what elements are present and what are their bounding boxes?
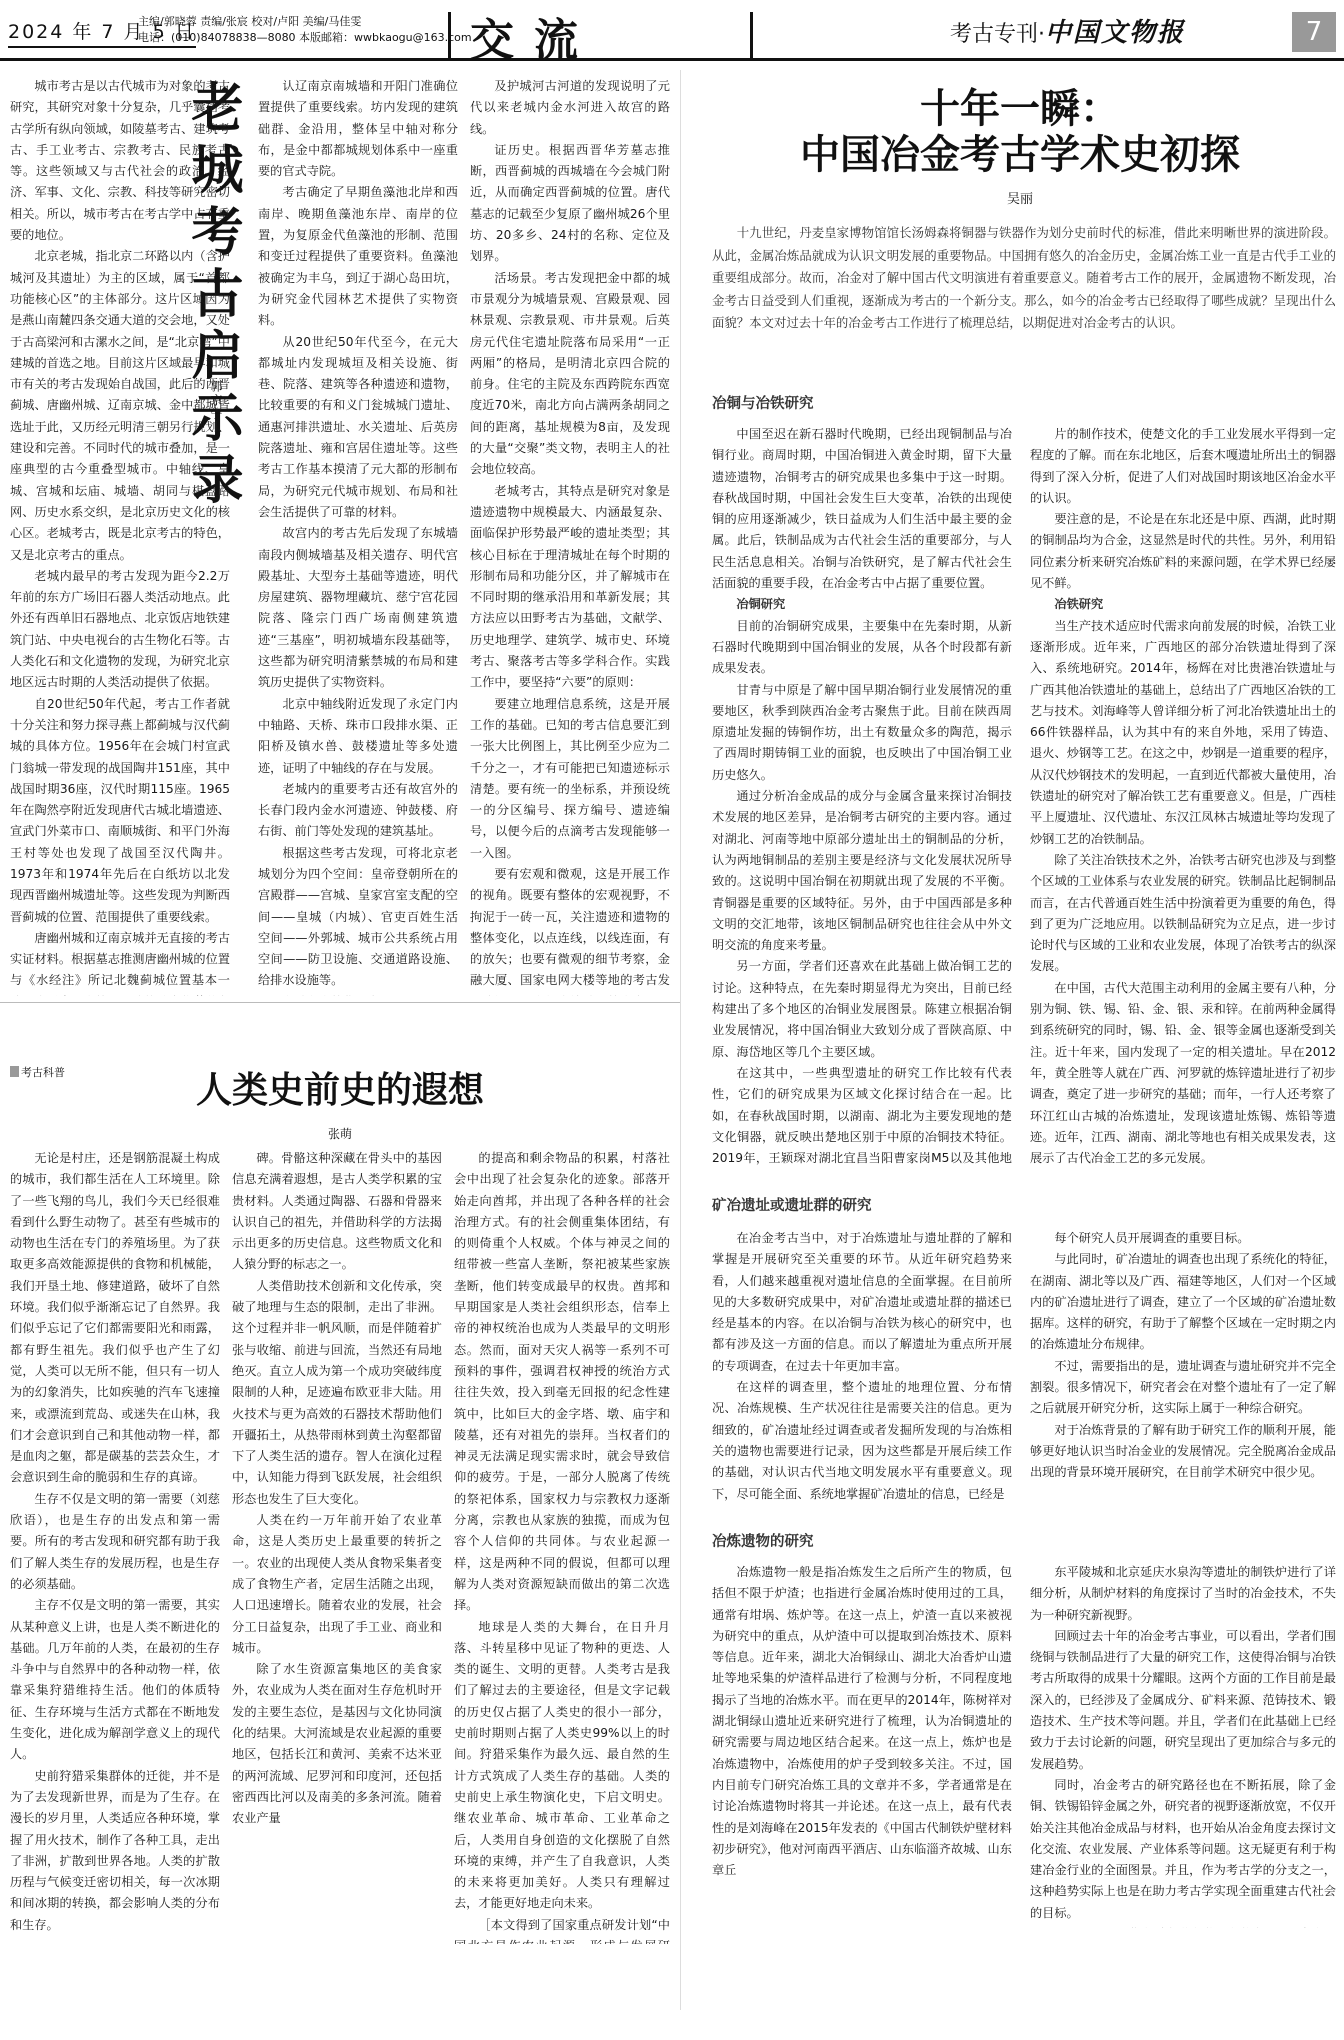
article-column-2: 片的制作技术，使楚文化的手工业发展水平得到一定程度的了解。而在东北地区，后套木嘎… [1030,424,1336,1170]
masthead-rule [0,58,1344,61]
article-column-2: 东平陵城和北京延庆水泉沟等遗址的制铁炉进行了详细分析，从制炉材料的角度探讨了当时… [1030,1562,1336,1928]
article-author: 吴丽 [700,188,1340,207]
paragraph: 唐幽州城和辽南京城并无直接的考古实证材料。根据墓志推测唐幽州城的位置与《水经注》… [10,928,230,996]
article-column-1: 无论是村庄，还是钢筋混凝土构成的城市，我们都生活在人工环境里。除了一些飞翔的鸟儿… [10,1148,220,1944]
article-column-3: 及护城河古河道的发现说明了元代以来老城内金水河进入故宫的路线。 证历史。根据西晋… [470,76,670,996]
paragraph: 要注意的是，不论是在东北还是中原、西湖，此时期的铜制品均为合金，这显然是时代的共… [1030,509,1336,594]
paragraph: 片的制作技术，使楚文化的手工业发展水平得到一定程度的了解。而在东北地区，后套木嘎… [1030,424,1336,509]
credits-editors: 主编/郭晓蓉 责编/张宸 校对/卢阳 美编/马佳雯 [138,14,472,30]
paragraph: 除了关注冶铁技术之外，冶铁考古研究也涉及与到整个区域的工业体系与农业发展的研究。… [1030,850,1336,978]
article-column-1: 城市考古是以古代城市为对象的考古研究，其研究对象十分复杂，几乎囊括考古学所有纵向… [10,76,230,996]
paragraph: 城市考古是以古代城市为对象的考古研究，其研究对象十分复杂，几乎囊括考古学所有纵向… [10,76,230,246]
article-author: 张萌 [0,1125,680,1142]
article-column-2: 认辽南京南城墙和开阳门准确位置提供了重要线索。坊内发现的建筑础群、金沿用，整体呈… [258,76,458,996]
article-column-2: 每个研究人员开展调查的重要目标。 与此同时，矿冶遗址的调查也出现了系统化的特征，… [1030,1228,1336,1510]
paragraph: 东平陵城和北京延庆水泉沟等遗址的制铁炉进行了详细分析，从制炉材料的角度探讨了当时… [1030,1562,1336,1626]
section-heading: 冶铜与冶铁研究 [712,392,814,413]
lead-paragraph: 十九世纪，丹麦皇家博物馆馆长汤姆森将铜器与铁器作为划分史前时代的标准，借此来明晰… [712,222,1336,335]
paragraph: 中国至迟在新石器时代晚期，已经出现铜制品与冶铜行业。商周时期，中国冶铜进入黄金时… [712,424,1012,594]
paragraph: 自20世纪50年代起，考古工作者就十分关注和努力探寻燕上都蓟城与汉代蓟城的具体方… [10,694,230,928]
paragraph: 的提高和剩余物品的积累，村落社会中出现了社会复杂化的迹象。部落开始走向酋邦，并出… [454,1148,670,1617]
author-affiliation: （作者系安徽大学历史学院硕士研究生） [1030,1924,1336,1928]
paragraph: 认辽南京南城墙和开阳门准确位置提供了重要线索。坊内发现的建筑础群、金沿用，整体呈… [258,76,458,182]
paragraph: 根据这些考古发现，可将北京老城划分为四个空间：皇帝登朝所在的宫殿群——宫城、皇家… [258,843,458,992]
column-label: 考古专刊· [950,22,1045,47]
paragraph: 主存不仅是文明的第一需要，其实从某种意义上讲，也是人类不断进化的基础。几万年前的… [10,1595,220,1765]
paragraph: 除了水生资源富集地区的美食家外，农业成为人类在面对生存危机时开发的主要生态位，是… [232,1659,442,1829]
masthead: 2024 年 7 月 5 日 主编/郭晓蓉 责编/张宸 校对/卢阳 美编/马佳雯… [0,0,1344,58]
paragraph: 考古确定了早期鱼藻池北岸和西南岸、晚期鱼藻池东岸、南岸的位置，为复原金代鱼藻池的… [258,182,458,331]
article-title: 十年一瞬： 中国冶金考古学术史初探 [700,86,1340,178]
paragraph: 通过分析冶金成品的成分与金属含量来探讨冶铜技术发展的地区差异，是冶铜考古研究的主… [712,786,1012,956]
column-divider [680,70,681,2010]
paragraph: 老城考古的作用有五： [258,992,458,996]
paragraph: 同时，冶金考古的研究路径也在不断拓展，除了金铜、铁锡铅锌金属之外，研究者的视野逐… [1030,1775,1336,1924]
paragraph: 无论是村庄，还是钢筋混凝土构成的城市，我们都生活在人工环境里。除了一些飞翔的鸟儿… [10,1148,220,1489]
paragraph: 在这其中，一些典型遗址的研究工作比较有代表性，它们的研究成果为区域文化探讨结合在… [712,1063,1012,1170]
article-column-3: 的提高和剩余物品的积累，村落社会中出现了社会复杂化的迹象。部落开始走向酋邦，并出… [454,1148,670,1944]
paragraph: 史前狩猎采集群体的迁徙，并不是为了去发现新世界，而是为了生存。在漫长的岁月里，人… [10,1766,220,1936]
paragraph: 在中国，古代大范围主动利用的金属主要有八种，分别为铜、铁、锡、铅、金、银、汞和锌… [1030,978,1336,1170]
paragraph: 老城内最早的考古发现为距今2.2万年前的东方广场旧石器人类活动地点。此外还有西单… [10,566,230,694]
paper-logo: 中国文物报 [1045,18,1185,48]
paragraph: 另一方面，学者们还喜欢在此基础上做冶铜工艺的讨论。这种特点，在先秦时期显得尤为突… [712,956,1012,1062]
paragraph: 要建立地理信息系统，这是开展工作的基础。已知的考古信息要汇到一张大比例图上，其比… [470,694,670,864]
article-title: 人类史前史的遐想 [0,1062,680,1113]
article-column-1: 在冶金考古当中，对于冶炼遗址与遗址群的了解和掌握是开展研究至关重要的环节。从近年… [712,1228,1012,1510]
paragraph: 故宫内的考古先后发现了东城墙南段内侧城墙基及相关遗存、明代宫殿基址、大型夯土基础… [258,523,458,693]
paragraph: 与此同时，矿冶遗址的调查也出现了系统化的特征，在湖南、湖北等以及广西、福建等地区… [1030,1249,1336,1355]
subheading: 冶铜研究 [712,594,1012,615]
article-column-1: 冶炼遗物一般是指冶炼发生之后所产生的物质，包括但不限于炉渣；也指进行金属冶炼时使… [712,1562,1012,1928]
editorial-credits: 主编/郭晓蓉 责编/张宸 校对/卢阳 美编/马佳雯 电话：(010)840788… [138,14,472,46]
paragraph: 老城内的重要考古还有故宫外的长春门段内金水河遗迹、钟鼓楼、府右街、前门等处发现的… [258,779,458,843]
paragraph: 老城考古，其特点是研究对象是遗迹遗物中规模最大、内涵最复杂、面临保护形势最严峻的… [470,481,670,694]
paragraph: 北京老城，指北京二环路以内（含护城河及其遗址）为主的区域，属于“首都功能核心区”… [10,246,230,565]
paragraph: 冶炼遗物一般是指冶炼发生之后所产生的物质，包括但不限于炉渣；也指进行金属冶炼时使… [712,1562,1012,1881]
article-lead: 十九世纪，丹麦皇家博物馆馆长汤姆森将铜器与铁器作为划分史前时代的标准，借此来明晰… [712,222,1336,335]
paragraph: 及护城河古河道的发现说明了元代以来老城内金水河进入故宫的路线。 [470,76,670,140]
paragraph: 地球是人类的大舞台，在日升月落、斗转星移中见证了物种的更迭、人类的诞生、文明的更… [454,1617,670,1915]
paragraph: 不过，需要指出的是，遗址调查与遗址研究并不完全割裂。很多情况下，研究者会在对整个… [1030,1356,1336,1420]
paragraph: 当生产技术适应时代需求向前发展的时候，冶铁工业逐渐形成。近年来，广西地区的部分冶… [1030,616,1336,850]
paragraph: 碑。骨骼这种深藏在骨头中的基因信息充满着遐想，是古人类学积累的宝贵材料。人类通过… [232,1148,442,1276]
credits-contact: 电话：(010)84078838—8080 本版邮箱：wwbkaogu@163.… [138,30,472,46]
masthead-divider-right [750,12,753,58]
funding-note: ［本文得到了国家重点研发计划“中国北方旱作农业起源、形成与发展研究”（一期）（项… [454,1915,670,1944]
title-line-1: 十年一瞬： [700,86,1340,132]
paper-brand: 考古专刊·中国文物报 [950,12,1185,49]
paragraph: 从20世纪50年代至今，在元大都城址内发现城垣及相关设施、街巷、院落、建筑等各种… [258,332,458,524]
title-line-2: 中国冶金考古学术史初探 [700,132,1340,178]
section-heading: 矿冶遗址或遗址群的研究 [712,1194,872,1215]
paragraph: 生存不仅是文明的第一需要（刘慈欣语），也是生存的出发点和第一需要。所有的考古发现… [10,1489,220,1595]
paragraph: 甘青与中原是了解中国早期冶铜行业发展情况的重要地区，秋季到陕西冶金考古聚焦于此。… [712,680,1012,786]
paragraph: 人类借助技术创新和文化传承，突破了地理与生态的限制，走出了非洲。这个过程并非一帆… [232,1276,442,1510]
paragraph: 对于冶炼背景的了解有助于研究工作的顺利开展，能够更好地认识当时冶金业的发展情况。… [1030,1420,1336,1484]
paragraph: 回顾过去十年的冶金考古事业，可以看出，学者们围绕铜与铁制品进行了大量的研究工作，… [1030,1626,1336,1775]
subheading: 冶铁研究 [1030,594,1336,615]
article-divider [0,1002,680,1003]
paragraph: 活场景。考古发现把金中都的城市景观分为城墙景观、宫殿景观、园林景观、宗教景观、市… [470,268,670,481]
article-column-1: 中国至迟在新石器时代晚期，已经出现铜制品与冶铜行业。商周时期，中国冶铜进入黄金时… [712,424,1012,1170]
paragraph: 每个研究人员开展调查的重要目标。 [1030,1228,1336,1249]
paragraph: 人类在约一万年前开始了农业革命，这是人类历史上最重要的转折之一。农业的出现使人类… [232,1510,442,1659]
section-heading: 冶炼遗物的研究 [712,1530,814,1551]
paragraph: 要有宏观和微观，这是开展工作的视角。既要有整体的宏观视野，不拘泥于一砖一瓦，关注… [470,864,670,996]
masthead-divider-left [448,12,451,58]
paragraph: 目前的冶铜研究成果，主要集中在先秦时期，从新石器时代晚期到中国冶铜业的发展，从各… [712,616,1012,680]
page-number: 7 [1292,12,1336,52]
paragraph: 证历史。根据西晋华芳墓志推断，西晋蓟城的西城墙在今会城门附近，从而确定西晋蓟城的… [470,140,670,268]
paragraph: 北京中轴线附近发现了永定门内中轴路、天桥、珠市口段排水渠、正阳桥及镇水兽、鼓楼遗… [258,694,458,779]
paragraph: 在这样的调查里，整个遗址的地理位置、分布情况、冶炼规模、生产状况往往是需要关注的… [712,1377,1012,1505]
paragraph: 在冶金考古当中，对于冶炼遗址与遗址群的了解和掌握是开展研究至关重要的环节。从近年… [712,1228,1012,1377]
article-column-2: 碑。骨骼这种深藏在骨头中的基因信息充满着遐想，是古人类学积累的宝贵材料。人类通过… [232,1148,442,1944]
